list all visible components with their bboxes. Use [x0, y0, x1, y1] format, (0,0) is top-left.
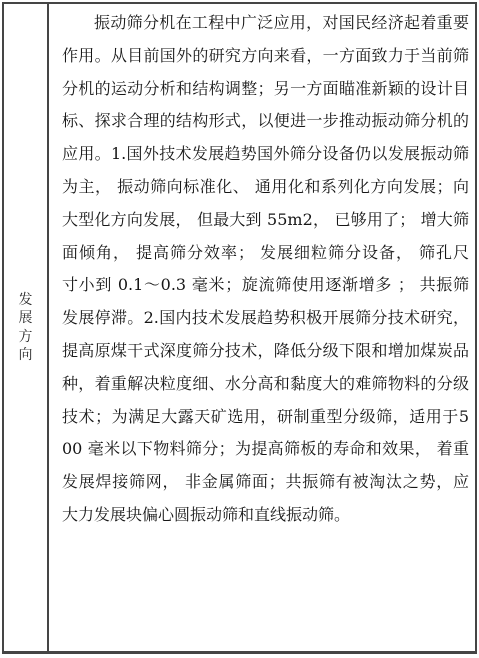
table-cell-content: 振动筛分机在工程中广泛应用，对国民经济起着重要 作用。从目前国外的研究方向来看，…	[49, 4, 475, 651]
text-line: 种，着重解决粒度细、水分高和黏度大的难筛物料的分级	[62, 368, 469, 401]
text-line: 技术；为满足大露天矿选用，研制重型分级筛，适用于5	[62, 401, 469, 434]
row-header-char: 展	[19, 309, 33, 328]
text-line: 面倾角， 提高筛分效率； 发展细粒筛分设备， 筛孔尺	[62, 237, 469, 270]
text-line: 标、探求合理的结构形式，以便进一步推动振动筛分机的	[62, 105, 469, 138]
text-line: 作用。从目前国外的研究方向来看，一方面致力于当前筛	[62, 40, 469, 73]
text-line: 寸小到 0.1～0.3 毫米；旋流筛使用逐渐增多 ； 共振筛	[62, 269, 469, 302]
text-line: 发展焊接筛网， 非金属筛面；共振筛有被淘汰之势，应	[62, 466, 469, 499]
row-header-char: 向	[19, 346, 33, 365]
text-line: 振动筛分机在工程中广泛应用，对国民经济起着重要	[62, 7, 469, 40]
text-line: 00 毫米以下物料筛分；为提高筛板的寿命和效果， 着重	[62, 433, 469, 466]
row-header-char: 方	[19, 328, 33, 347]
document-page: 发 展 方 向 振动筛分机在工程中广泛应用，对国民经济起着重要 作用。从目前国外…	[0, 0, 479, 658]
text-line: 分机的运动分析和结构调整；另一方面瞄准新颖的设计目	[62, 73, 469, 106]
text-line: 发展停滞。2.国内技术发展趋势积极开展筛分技术研究，	[62, 302, 469, 335]
content-table: 发 展 方 向 振动筛分机在工程中广泛应用，对国民经济起着重要 作用。从目前国外…	[2, 2, 477, 654]
row-header-char: 发	[19, 291, 33, 310]
text-line: 大型化方向发展， 但最大到 55m2， 已够用了； 增大筛	[62, 204, 469, 237]
text-line: 应用。1.国外技术发展趋势国外筛分设备仍以发展振动筛	[62, 138, 469, 171]
text-line: 大力发展块偏心圆振动筛和直线振动筛。	[62, 499, 469, 532]
table-row-header: 发 展 方 向	[4, 4, 49, 651]
text-line: 提高原煤干式深度筛分技术，降低分级下限和增加煤炭品	[62, 335, 469, 368]
text-line: 为主， 振动筛向标准化、 通用化和系列化方向发展；向	[62, 171, 469, 204]
